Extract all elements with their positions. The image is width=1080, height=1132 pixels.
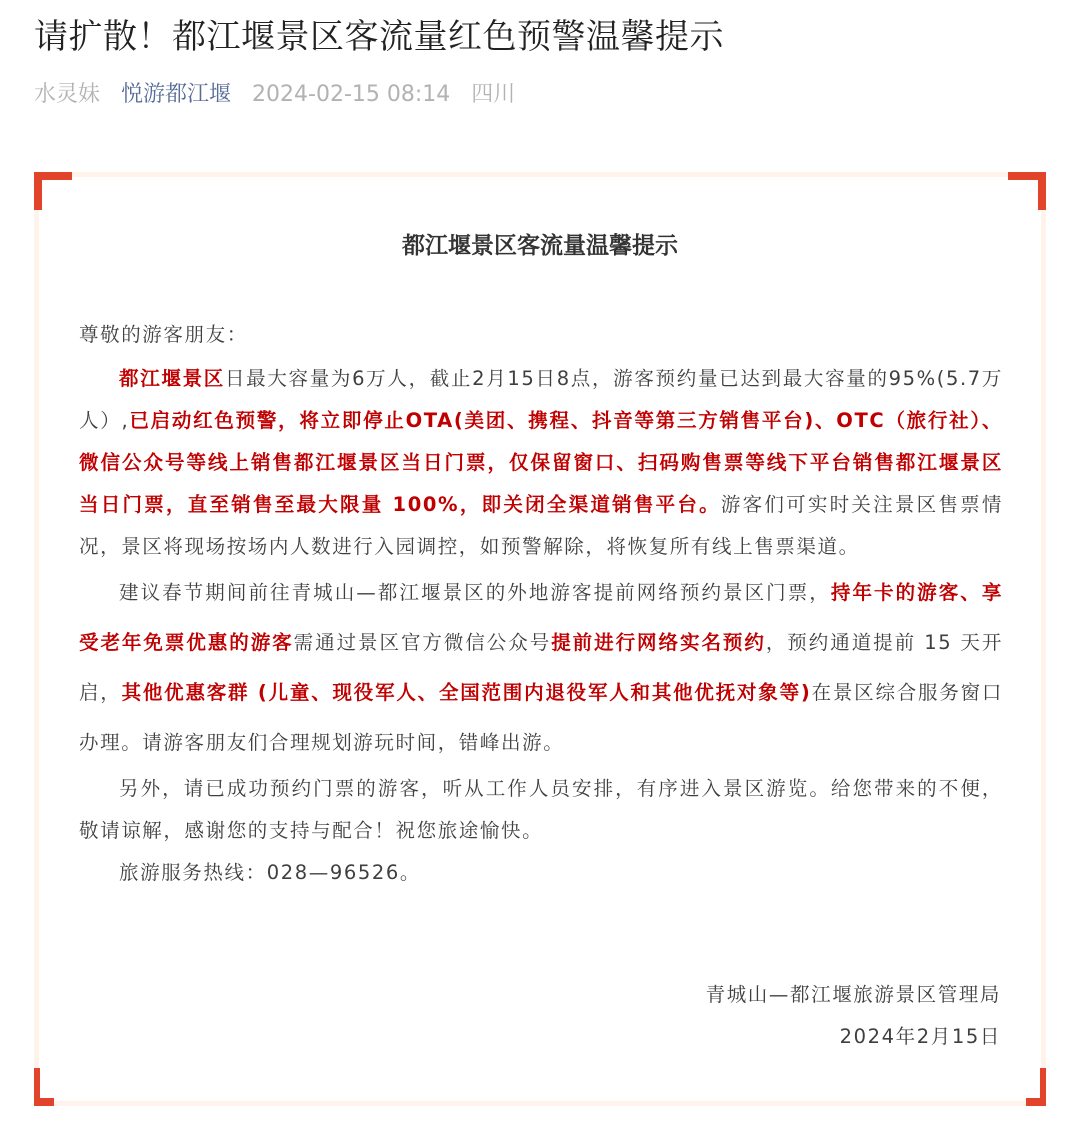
frame-corner-top-right [1008, 172, 1046, 210]
account-name-link[interactable]: 悦游都江堰 [121, 82, 231, 107]
article-title: 请扩散！都江堰景区客流量红色预警温馨提示 [34, 14, 724, 60]
advice-text-2: 需通过景区官方微信公众号 [294, 631, 552, 654]
article-meta: 水灵妹 悦游都江堰 2024-02-15 08:14 四川 [34, 80, 529, 110]
paragraph-apology: 另外，请已成功预约门票的游客，听从工作人员安排，有序进入景区游览。给您带来的不便… [79, 768, 1003, 852]
signature-block: 青城山—都江堰旅游景区管理局 2024年2月15日 [706, 974, 1001, 1058]
advice-text: 建议春节期间前往青城山—都江堰景区的外地游客提前网络预约景区门票， [119, 581, 831, 604]
publish-datetime: 2024-02-15 08:14 [252, 82, 450, 107]
notice-heading: 都江堰景区客流量温馨提示 [0, 230, 1080, 262]
paragraph-capacity-warning: 都江堰景区日最大容量为6万人，截止2月15日8点，游客预约量已达到最大容量的95… [79, 358, 1003, 568]
paragraph-reservation-advice: 建议春节期间前往青城山—都江堰景区的外地游客提前网络预约景区门票，持年卡的游客、… [79, 568, 1003, 768]
highlight-scenic-area: 都江堰景区 [119, 367, 225, 390]
publish-location: 四川 [471, 82, 515, 107]
author-name: 水灵妹 [34, 82, 100, 107]
highlight-realname-reservation: 提前进行网络实名预约 [551, 631, 766, 654]
highlight-other-groups: 其他优惠客群 (儿童、现役军人、全国范围内退役军人和其他优抚对象等) [122, 681, 812, 704]
salutation: 尊敬的游客朋友： [79, 318, 1003, 352]
hotline: 旅游服务热线：028—96526。 [79, 852, 1003, 894]
signature-org: 青城山—都江堰旅游景区管理局 [706, 974, 1001, 1016]
frame-corner-bottom-right [1026, 1068, 1046, 1106]
frame-corner-bottom-left [34, 1068, 54, 1106]
notice-body: 尊敬的游客朋友： 都江堰景区日最大容量为6万人，截止2月15日8点，游客预约量已… [79, 318, 1003, 894]
signature-date: 2024年2月15日 [706, 1016, 1001, 1058]
frame-corner-top-left [34, 172, 72, 210]
